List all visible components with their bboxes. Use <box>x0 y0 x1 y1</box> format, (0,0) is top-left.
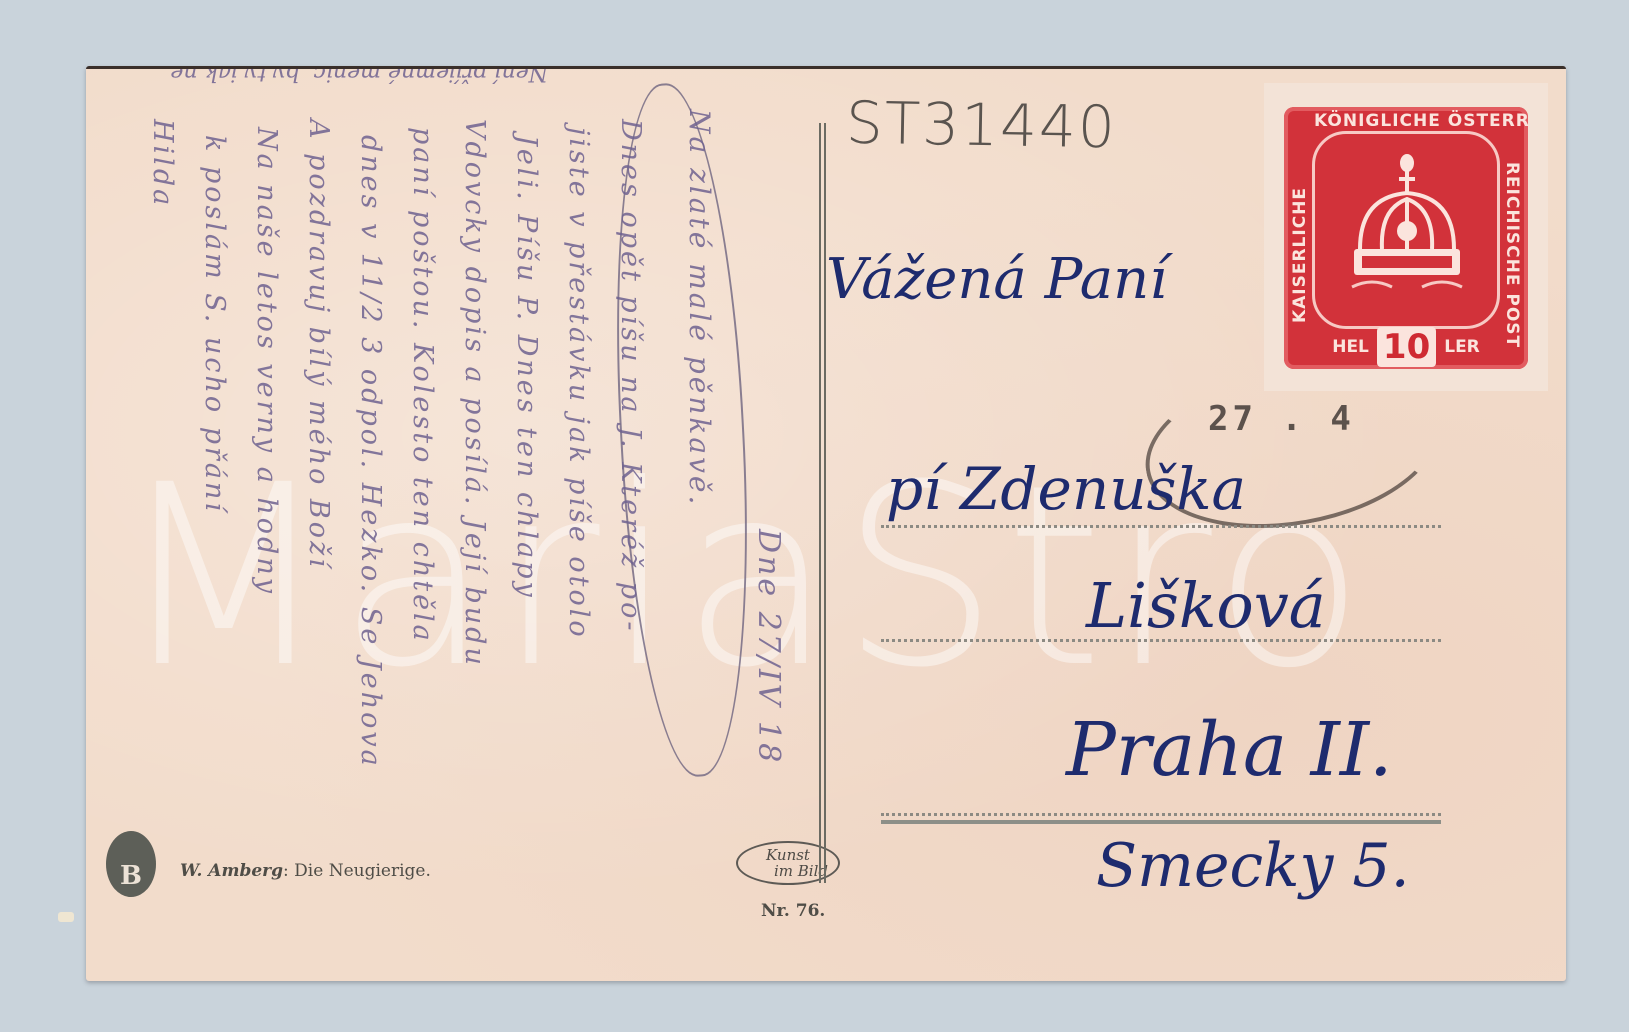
catalog-number: ST31440 <box>845 89 1117 162</box>
card-number: Nr. 76. <box>761 901 825 921</box>
crown-icon <box>1342 149 1472 299</box>
stamp-value: HEL 10 LER <box>1284 325 1528 369</box>
message-date: Dne 27/IV 18 <box>751 529 786 765</box>
address-line-1: pí Zdenuška <box>886 455 1246 523</box>
address-rule-1 <box>881 525 1441 528</box>
message-line: Hilda <box>147 119 178 208</box>
message-line: A pozdravuj bílý mého Boží <box>303 119 334 570</box>
message-line: dnes v 11/2 3 odpol. Hezko. Se Jehova <box>355 135 386 769</box>
address-rule-2 <box>881 639 1441 642</box>
stamp-top-text: KÖNIGLICHE ÖSTERR <box>1314 111 1504 131</box>
address-line-3: Praha II. <box>1066 707 1393 793</box>
message-line: k poslám S. ucho přání <box>199 135 230 514</box>
message-line: Dnes opět píšu na J. Kteréž po- <box>615 119 646 633</box>
address-rule-3 <box>881 813 1441 816</box>
message-line: Jeli. Píšu P. Dnes ten chlapy <box>511 135 542 600</box>
message-line: jiste v přestávku jak píše otolo <box>563 127 594 640</box>
stamp-denomination: 10 <box>1377 327 1436 367</box>
address-line-4: Smecky 5. <box>1096 831 1410 901</box>
stamp-currency-left: HEL <box>1332 337 1369 357</box>
publisher-logo-letter: B <box>120 861 142 891</box>
publisher-logo: B <box>106 831 156 897</box>
card-corner-chip <box>58 912 74 922</box>
imprint-separator: : <box>283 861 289 881</box>
artwork-title: Die Neugierige. <box>294 861 431 881</box>
top-margin-note: Není příjemné menic, by ty jak ne <box>170 66 548 85</box>
message-line: Na naše letos verny a hodny <box>251 127 282 596</box>
message-line: Vdovcky dopis a posílá. Její budu <box>459 119 490 668</box>
stamp-design: KÖNIGLICHE ÖSTERR KAISERLICHE REICHISCHE… <box>1284 107 1528 369</box>
center-divider <box>819 123 826 883</box>
stamp-currency-right: LER <box>1444 337 1480 357</box>
address-salutation: Vážená Paní <box>826 247 1167 312</box>
publisher-imprint: W. Amberg: Die Neugierige. <box>180 861 431 881</box>
postage-stamp: KÖNIGLICHE ÖSTERR KAISERLICHE REICHISCHE… <box>1264 83 1548 391</box>
artist-name: W. Amberg <box>180 861 283 881</box>
address-line-2: Lišková <box>1086 569 1326 642</box>
margin-note: Na zlaté malé pěnkavě. <box>683 109 716 507</box>
postmark-date: 27 . 4 <box>1208 399 1355 439</box>
message-line: paní poštou. Kolesto ten chtěla <box>407 127 438 644</box>
postcard-back: MariaStro Není příjemné menic, by ty jak… <box>86 66 1566 981</box>
